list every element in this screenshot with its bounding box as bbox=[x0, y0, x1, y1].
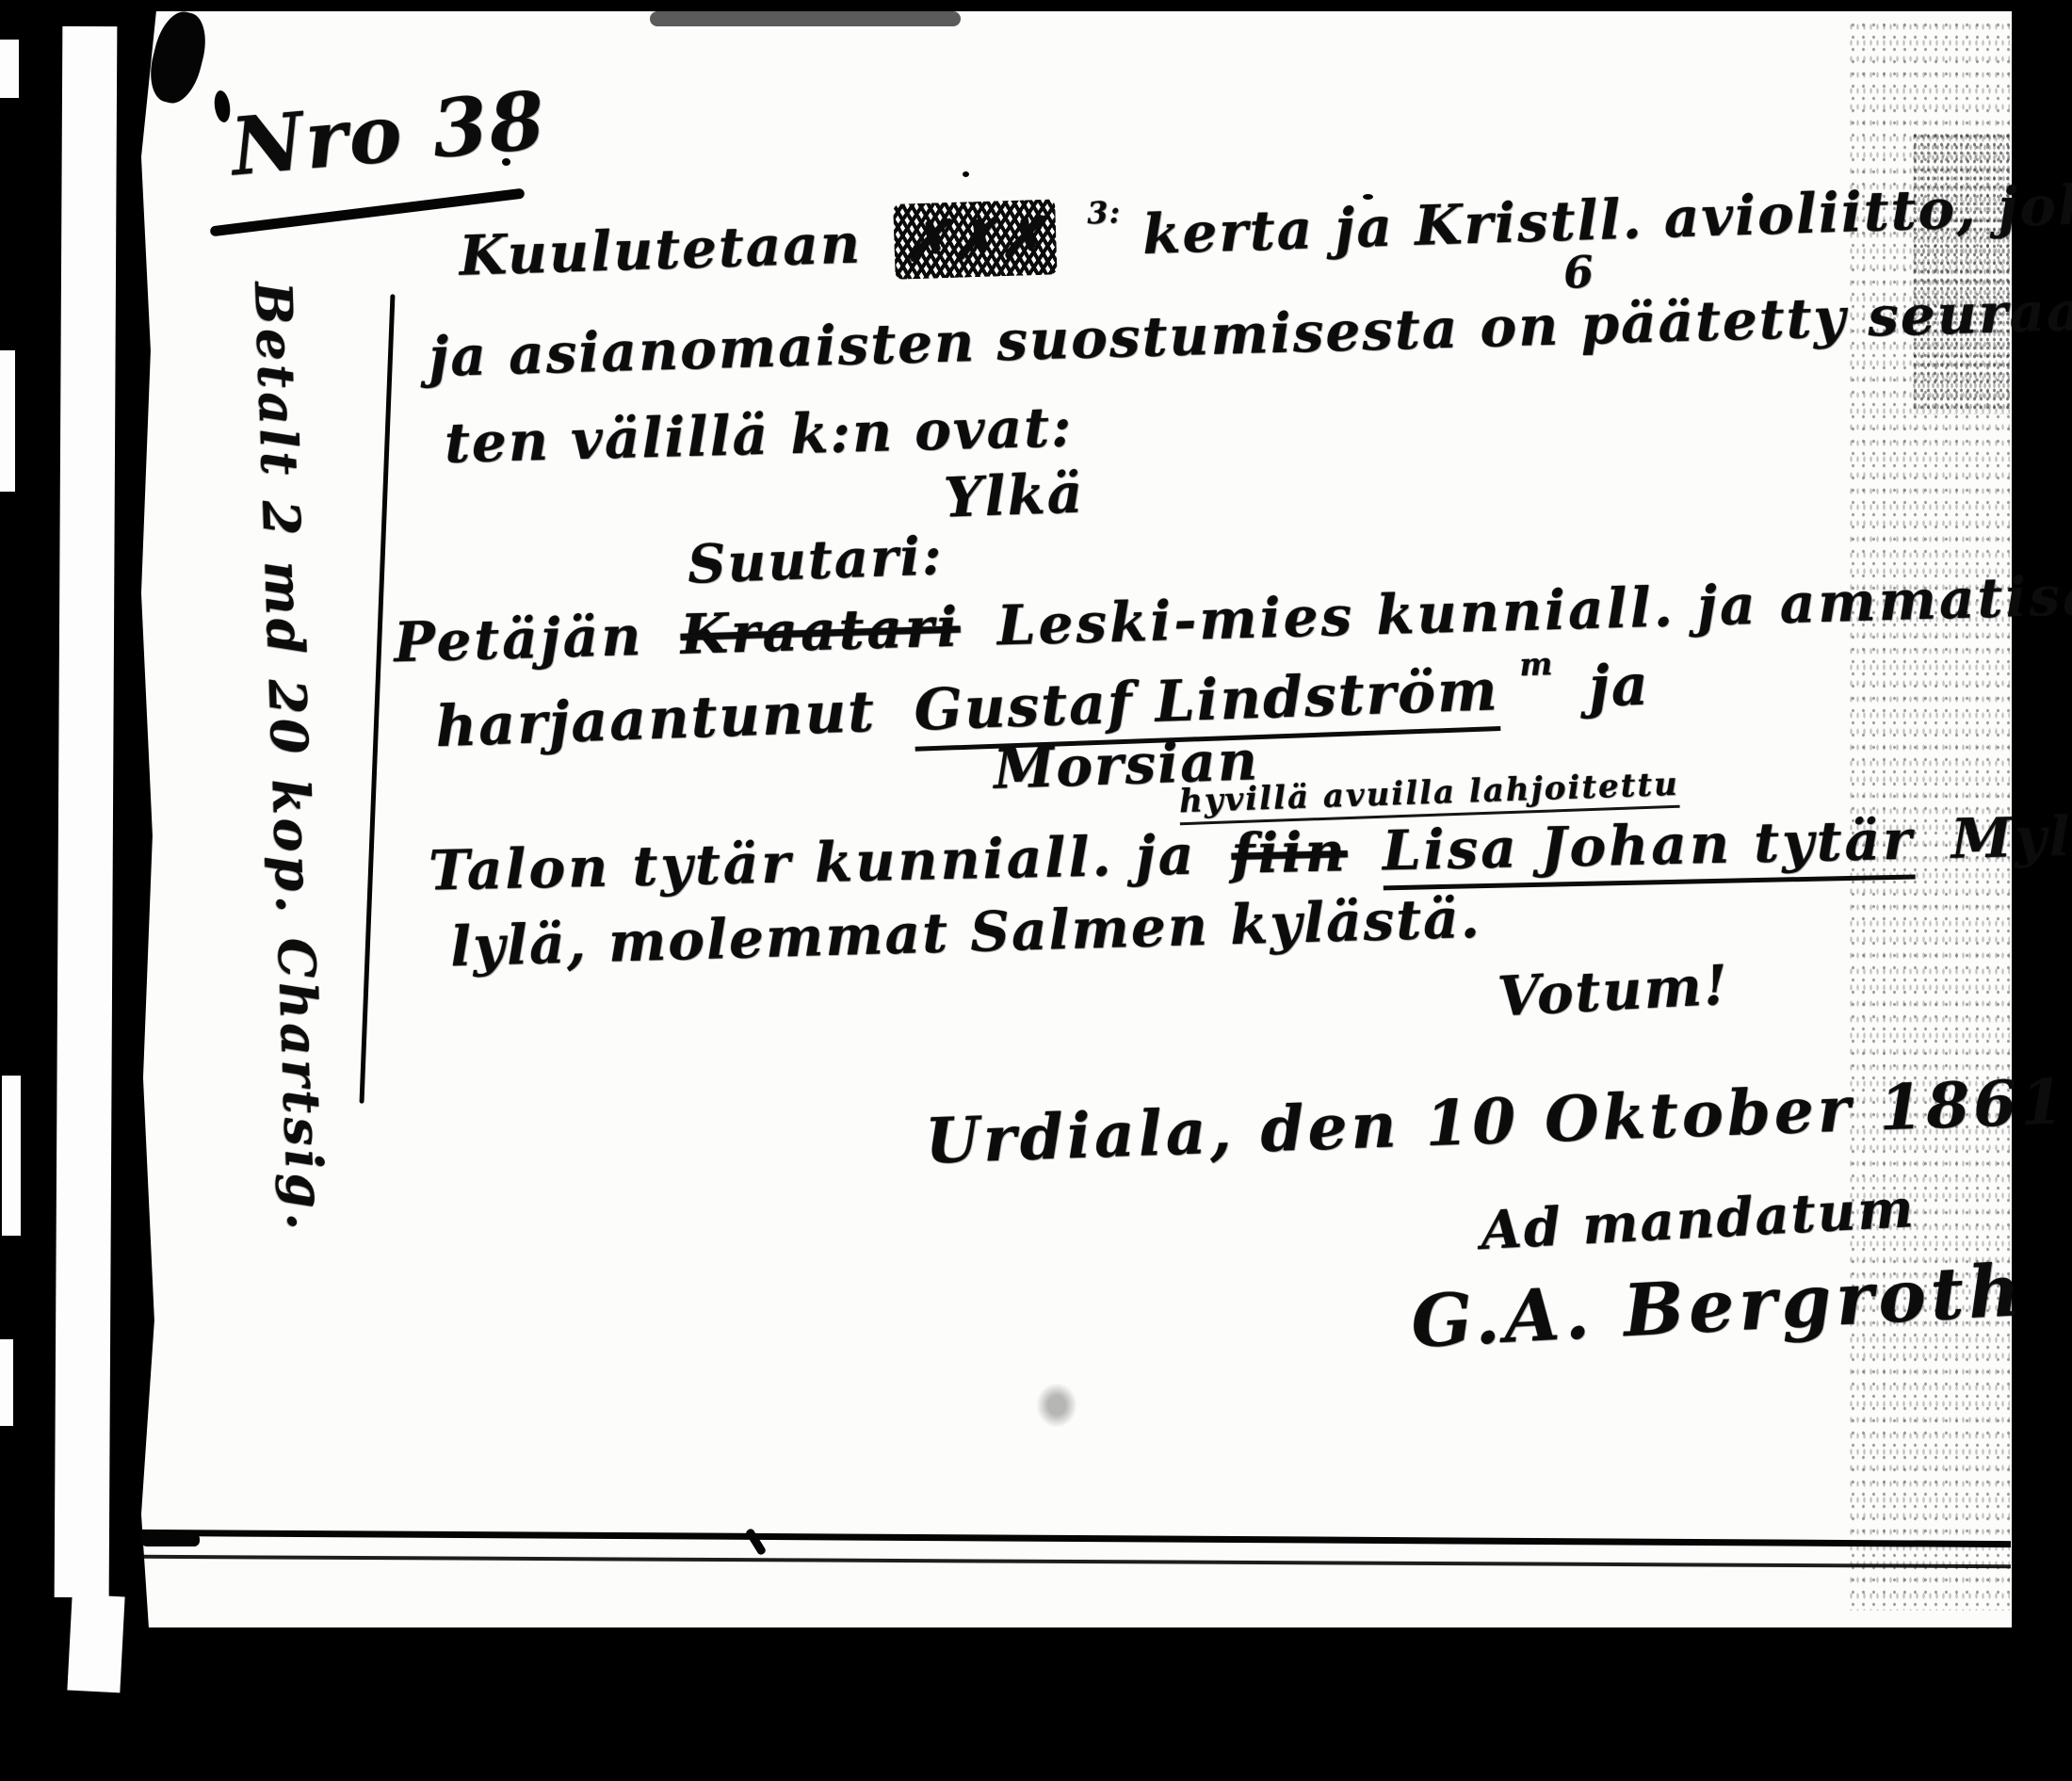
flourish-numeral: 6 bbox=[1562, 246, 1597, 299]
groom-line-1-pre: Petäjän bbox=[393, 604, 644, 674]
groom-name-superscript: m bbox=[1519, 645, 1554, 683]
struck-word-bride: fiin bbox=[1231, 819, 1349, 886]
top-edge-smudge bbox=[650, 11, 961, 26]
film-sliver-2 bbox=[0, 350, 15, 492]
film-sliver-3 bbox=[2, 1076, 21, 1236]
scribbled-out-word: ✗✗✗ bbox=[895, 205, 1055, 274]
film-sliver-1 bbox=[0, 40, 19, 98]
bride-line-1-rest: Myl- bbox=[1951, 803, 2072, 870]
bottom-rule-left-blob bbox=[141, 1533, 200, 1546]
banns-line-1-pre: Kuulutetaan bbox=[459, 211, 863, 287]
votum: Votum! bbox=[1496, 953, 1730, 1029]
groom-occupation-insert: Suutari: bbox=[687, 525, 945, 595]
film-strip-bottom-left bbox=[67, 1595, 124, 1693]
ink-dot-2 bbox=[963, 171, 969, 177]
film-sliver-4 bbox=[0, 1339, 13, 1426]
bride-name: Lisa Johan tytär bbox=[1382, 808, 1915, 891]
document-scan: Nro 38 Kuulutetaan ✗✗✗ 3: kerta ja Krist… bbox=[0, 0, 2072, 1781]
banns-count-superscript: 3: bbox=[1087, 194, 1122, 231]
film-strip-left-page-edge bbox=[55, 26, 118, 1597]
groom-line-2-rest: ja bbox=[1588, 652, 1651, 720]
struck-occupation: Kraatari bbox=[680, 595, 962, 667]
groom-heading: Ylkä bbox=[943, 461, 1086, 529]
pencil-smudge bbox=[1036, 1383, 1077, 1428]
